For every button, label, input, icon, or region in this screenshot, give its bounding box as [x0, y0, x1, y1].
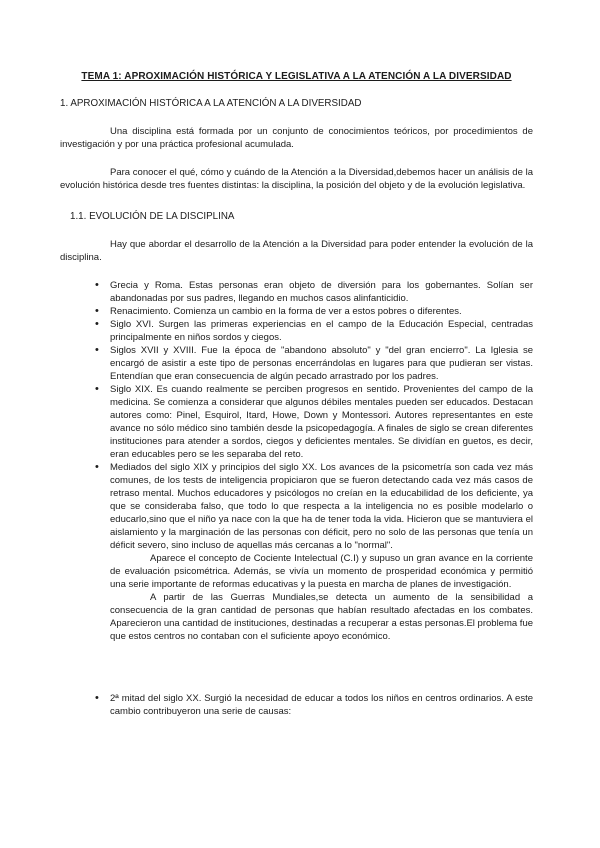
bullet-text: 2ª mitad del siglo XX. Surgió la necesid… [110, 692, 533, 718]
bullet-text: Mediados del siglo XIX y principios del … [110, 461, 533, 552]
bullet-subparagraph-cociente-intelectual: Aparece el concepto de Cociente Intelect… [110, 552, 533, 591]
section-1-heading: 1. APROXIMACIÓN HISTÓRICA A LA ATENCIÓN … [60, 97, 533, 110]
document-title: TEMA 1: APROXIMACIÓN HISTÓRICA Y LEGISLA… [60, 70, 533, 83]
history-bullet-list: Grecia y Roma. Estas personas eran objet… [60, 279, 533, 718]
section-1-1-heading: 1.1. EVOLUCIÓN DE LA DISCIPLINA [70, 210, 533, 223]
bullet-text: Siglos XVII y XVIII. Fue la época de "ab… [110, 344, 533, 383]
bullet-text: Renacimiento. Comienza un cambio en la f… [110, 305, 533, 318]
bullet-text: Siglo XIX. Es cuando realmente se percib… [110, 383, 533, 461]
bullet-item-siglo-xix: Siglo XIX. Es cuando realmente se percib… [110, 383, 533, 461]
bullet-item-grecia-roma: Grecia y Roma. Estas personas eran objet… [110, 279, 533, 305]
bullet-item-siglo-xvi: Siglo XVI. Surgen las primeras experienc… [110, 318, 533, 344]
bullet-item-renacimiento: Renacimiento. Comienza un cambio en la f… [110, 305, 533, 318]
bullet-item-siglos-xvii-xviii: Siglos XVII y XVIII. Fue la época de "ab… [110, 344, 533, 383]
paragraph-analisis-fuentes: Para conocer el qué, cómo y cuándo de la… [60, 166, 533, 192]
document-page: TEMA 1: APROXIMACIÓN HISTÓRICA Y LEGISLA… [0, 0, 600, 848]
bullet-item-segunda-mitad-xx: 2ª mitad del siglo XX. Surgió la necesid… [110, 692, 533, 718]
bullet-subparagraph-guerras-mundiales: A partir de las Guerras Mundiales,se det… [110, 591, 533, 643]
bullet-text: Siglo XVI. Surgen las primeras experienc… [110, 318, 533, 344]
paragraph-disciplina-definicion: Una disciplina está formada por un conju… [60, 125, 533, 151]
bullet-text: Grecia y Roma. Estas personas eran objet… [110, 279, 533, 305]
bullet-item-mediados-xix-xx: Mediados del siglo XIX y principios del … [110, 461, 533, 643]
paragraph-abordar-desarrollo: Hay que abordar el desarrollo de la Aten… [60, 238, 533, 264]
